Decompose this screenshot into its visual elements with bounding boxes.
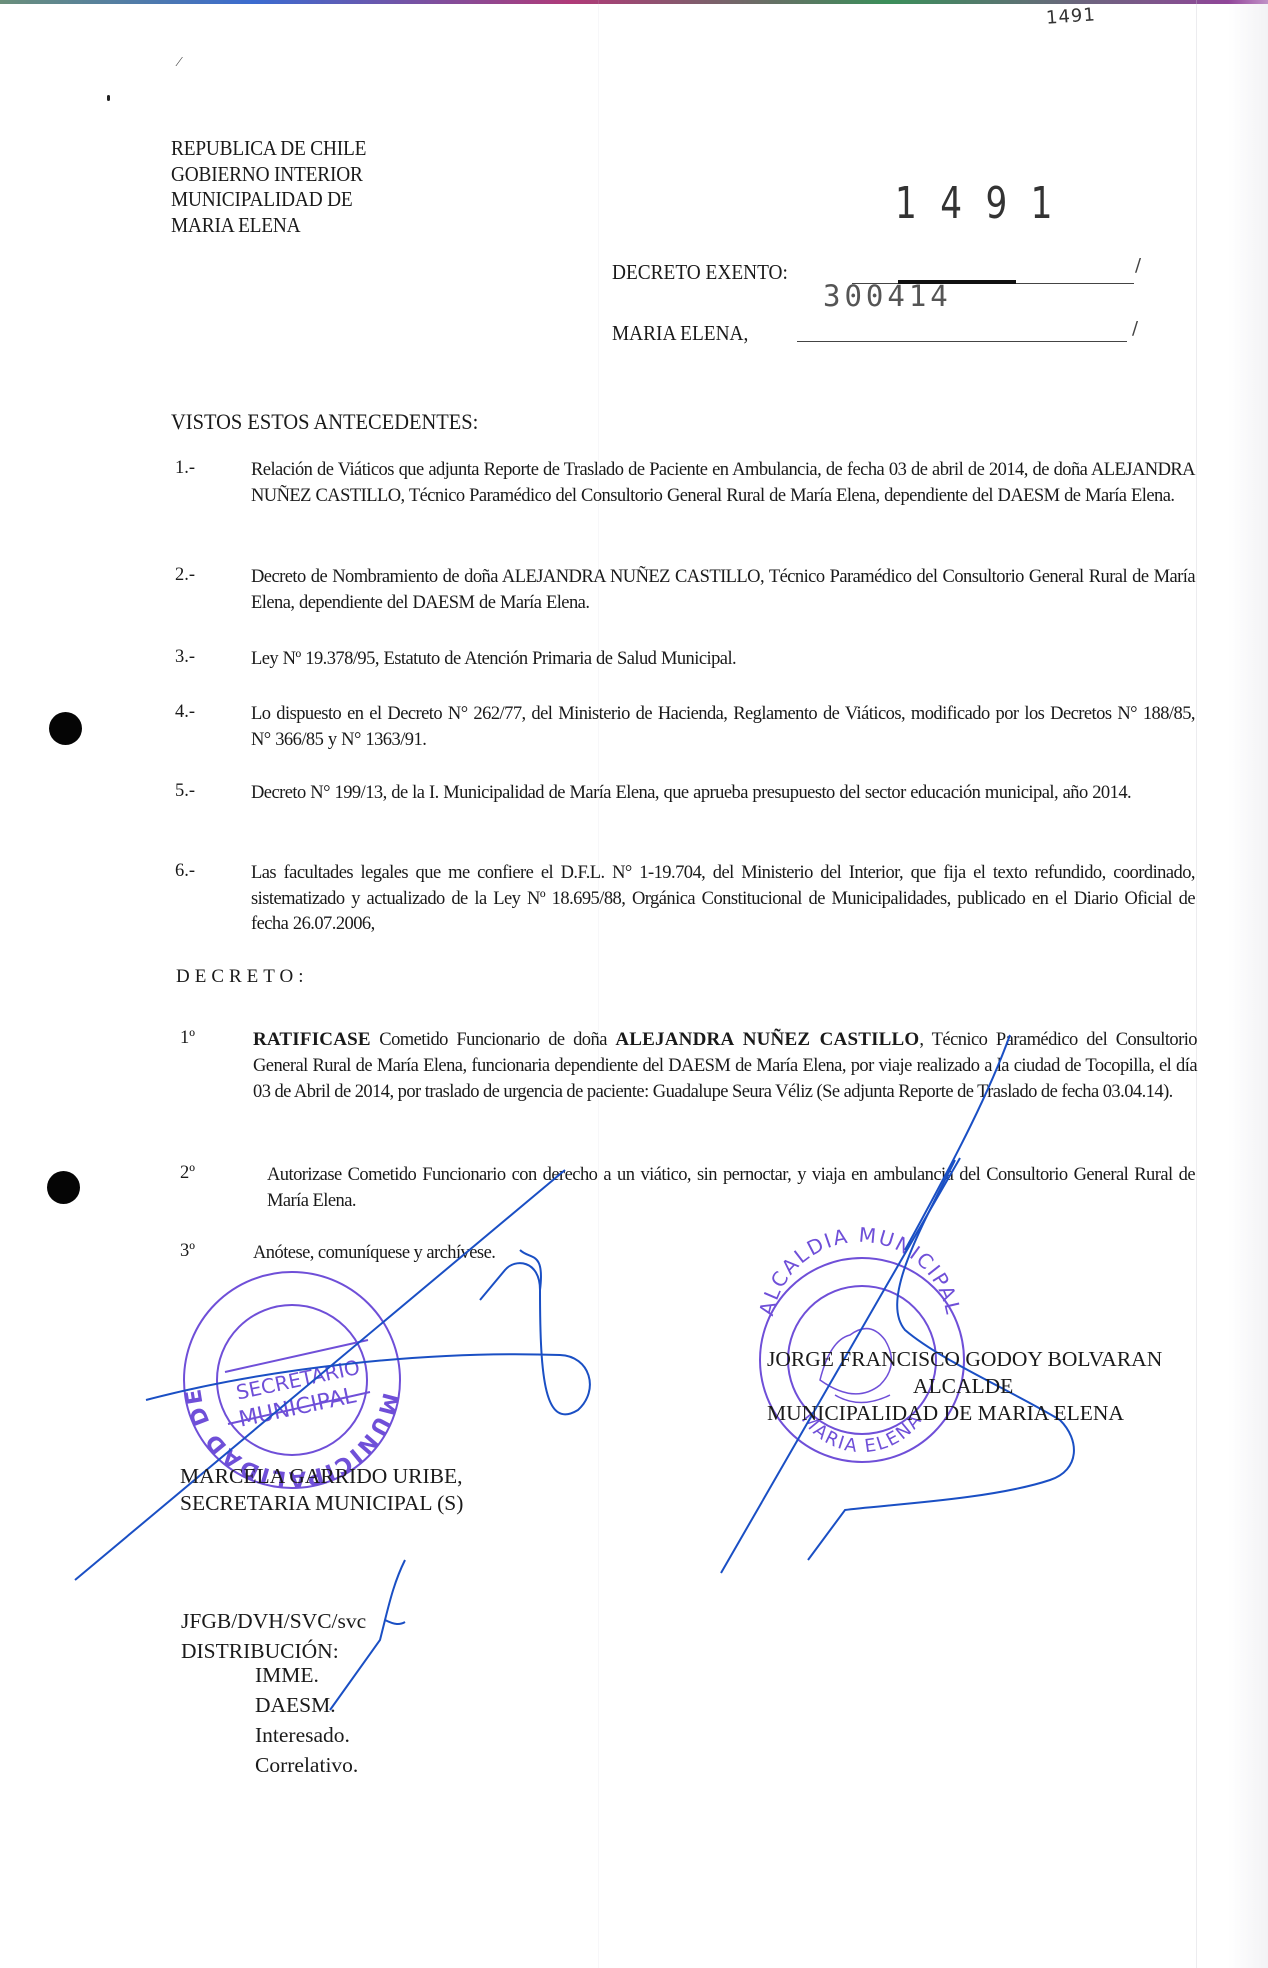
mayor-name: JORGE FRANCISCO GODOY BOLVARAN bbox=[767, 1346, 1162, 1372]
stamps-signatures-layer: MUNICIPALIDAD DE MARIA ELENA SECRETARIO … bbox=[0, 0, 1268, 1968]
svg-text:ALCALDIA MUNICIPAL: ALCALDIA MUNICIPAL bbox=[754, 1223, 966, 1318]
distribution-item: DAESM. bbox=[255, 1690, 358, 1720]
stamp-top-text: ALCALDIA MUNICIPAL bbox=[754, 1223, 966, 1318]
distribution-item: Interesado. bbox=[255, 1720, 358, 1750]
mayor-entity: MUNICIPALIDAD DE MARIA ELENA bbox=[767, 1400, 1124, 1426]
stamp-outer-text: MUNICIPALIDAD DE MARIA ELENA bbox=[0, 0, 402, 1491]
mayor-title: ALCALDE bbox=[913, 1373, 1013, 1399]
secretary-name: MARCELA GARRIDO URIBE, bbox=[180, 1463, 463, 1489]
distribution-item: Correlativo. bbox=[255, 1750, 358, 1780]
svg-text:MUNICIPALIDAD DE MARIA ELENA: MUNICIPALIDAD DE MARIA ELENA bbox=[0, 0, 402, 1491]
distribution-list: IMME. DAESM. Interesado. Correlativo. bbox=[255, 1660, 358, 1780]
secretary-title: SECRETARIA MUNICIPAL (S) bbox=[180, 1490, 463, 1516]
reference-block: JFGB/DVH/SVC/svc DISTRIBUCIÓN: bbox=[181, 1606, 366, 1666]
distribution-item: IMME. bbox=[255, 1660, 358, 1690]
reference-initials: JFGB/DVH/SVC/svc bbox=[181, 1606, 366, 1636]
